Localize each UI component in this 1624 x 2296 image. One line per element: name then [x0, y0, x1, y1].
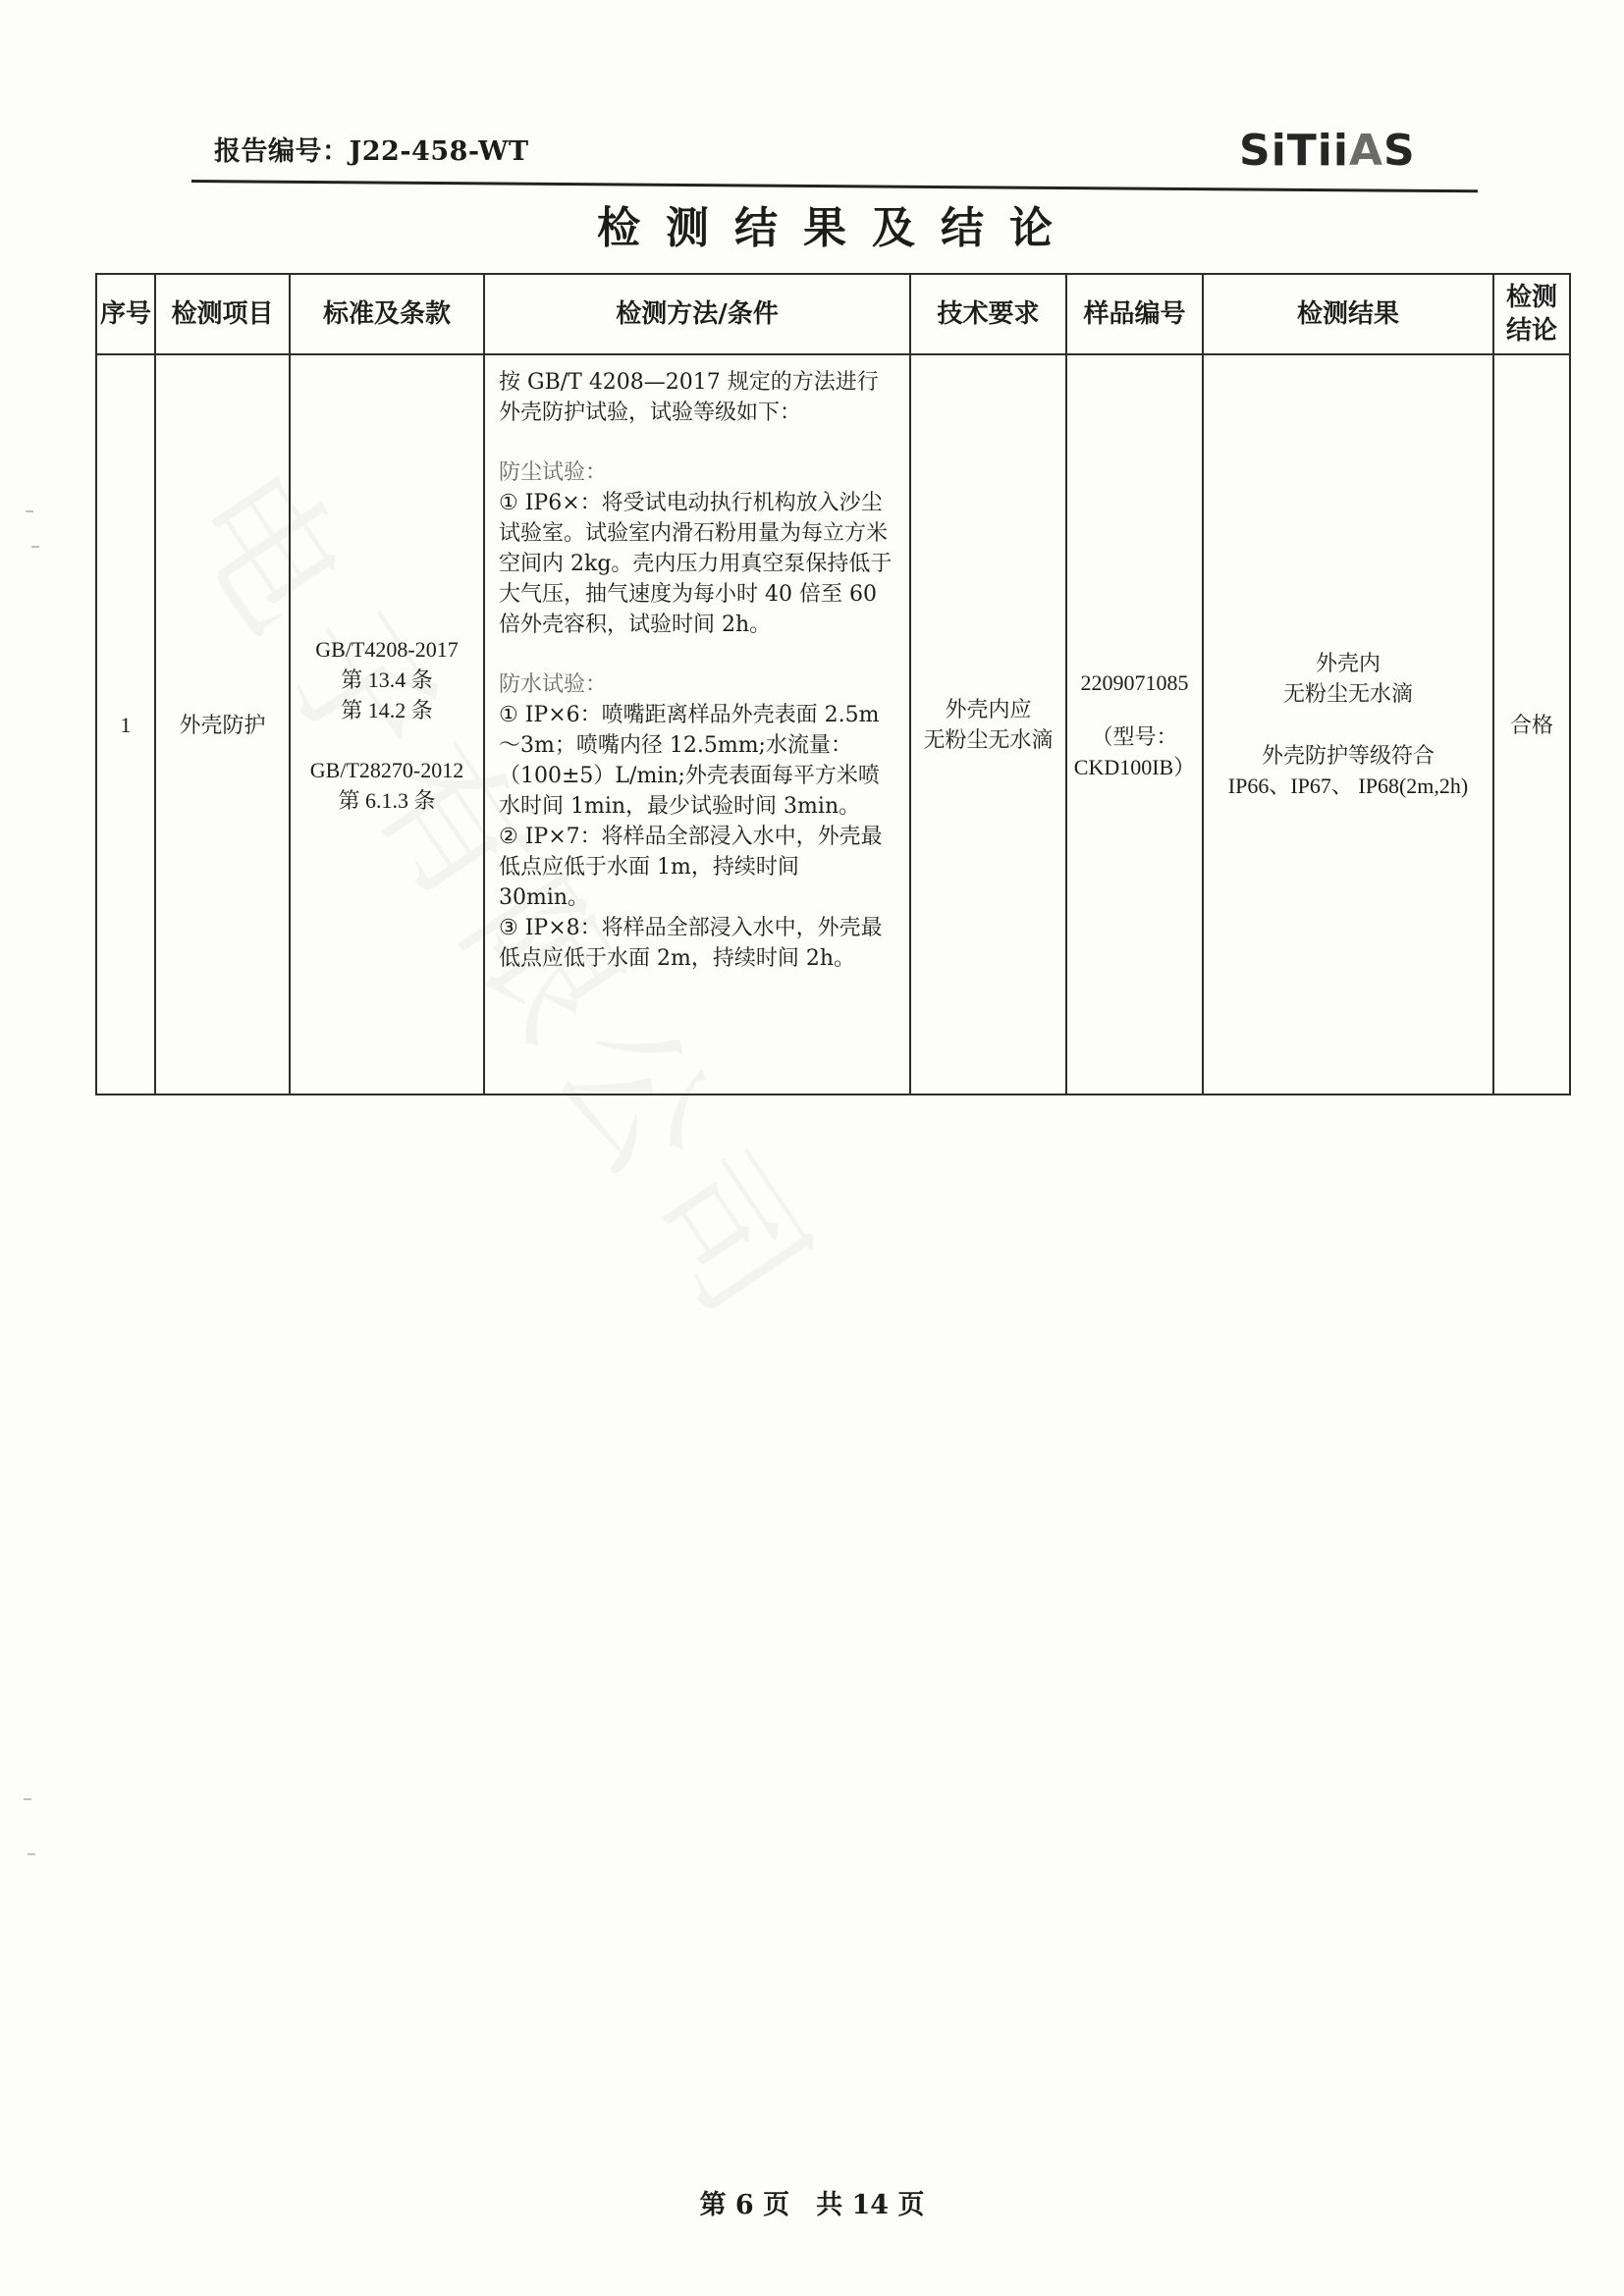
page-number: 6 [735, 2190, 754, 2220]
water-test-item: ③ IP×8：将样品全部浸入水中，外壳最低点应低于水面 2m，持续时间 2h。 [499, 913, 895, 974]
logo-text-tail: S [1383, 126, 1416, 176]
dust-test-item: ① IP6×：将受试电动执行机构放入沙尘试验室。试验室内滑石粉用量为每立方米空间… [499, 488, 895, 640]
standard-code: GB/T4208-2017 [291, 634, 483, 665]
standard-clause: 第 13.4 条 [291, 665, 483, 695]
company-logo: SiTiiAS [1239, 126, 1416, 176]
cell-method: 按 GB/T 4208—2017 规定的方法进行外壳防护试验，试验等级如下： 防… [484, 354, 910, 1095]
logo-text-main: SiTii [1239, 126, 1349, 176]
col-header-conclusion: 检测结论 [1493, 274, 1570, 354]
table-row: 1 外壳防护 GB/T4208-2017 第 13.4 条 第 14.2 条 G… [96, 354, 1570, 1095]
water-test-item: ② IP×7：将样品全部浸入水中，外壳最低点应低于水面 1m，持续时间 30mi… [499, 822, 895, 913]
requirement-line: 无粉尘无水滴 [911, 724, 1065, 755]
col-header-index: 序号 [96, 274, 155, 354]
page-footer: 第 6 页 共 14 页 [0, 2183, 1624, 2221]
cell-result: 外壳内 无粉尘无水滴 外壳防护等级符合 IP66、IP67、 IP68(2m,2… [1203, 354, 1493, 1095]
method-intro: 按 GB/T 4208—2017 规定的方法进行外壳防护试验，试验等级如下： [499, 367, 895, 428]
page-label: 第 [700, 2190, 727, 2220]
col-header-standard: 标准及条款 [290, 274, 484, 354]
header-divider [191, 180, 1478, 192]
page-label: 页 共 [763, 2190, 842, 2220]
report-number: 报告编号：J22-458-WT [214, 130, 529, 168]
col-header-item: 检测项目 [155, 274, 290, 354]
sample-number: 2209071085 [1067, 667, 1202, 698]
results-table: 序号 检测项目 标准及条款 检测方法/条件 技术要求 样品编号 检测结果 检测结… [95, 273, 1571, 1095]
scan-artifact [27, 1853, 35, 1855]
result-line: IP66、IP67、 IP68(2m,2h) [1204, 771, 1492, 801]
col-header-requirement: 技术要求 [910, 274, 1066, 354]
cell-standard: GB/T4208-2017 第 13.4 条 第 14.2 条 GB/T2827… [290, 354, 484, 1095]
cell-requirement: 外壳内应 无粉尘无水滴 [910, 354, 1066, 1095]
scan-artifact [26, 510, 33, 512]
sample-model-label: （型号： [1067, 721, 1202, 752]
result-line: 外壳防护等级符合 [1204, 740, 1492, 771]
water-test-title: 防水试验： [499, 669, 895, 700]
cell-sample: 2209071085 （型号： CKD100IB） [1066, 354, 1203, 1095]
report-number-label: 报告编号： [214, 136, 350, 167]
report-number-value: J22-458-WT [350, 136, 529, 167]
logo-text-accent: A [1349, 126, 1383, 176]
table-header-row: 序号 检测项目 标准及条款 检测方法/条件 技术要求 样品编号 检测结果 检测结… [96, 274, 1570, 354]
page-total: 14 [852, 2190, 890, 2220]
col-header-result: 检测结果 [1203, 274, 1493, 354]
sample-model: CKD100IB） [1067, 752, 1202, 782]
standard-clause: 第 6.1.3 条 [291, 785, 483, 816]
col-header-sample: 样品编号 [1066, 274, 1203, 354]
col-header-method: 检测方法/条件 [484, 274, 910, 354]
result-line: 无粉尘无水滴 [1204, 678, 1492, 709]
standard-code: GB/T28270-2012 [291, 755, 483, 785]
cell-index: 1 [96, 354, 155, 1095]
cell-conclusion: 合格 [1493, 354, 1570, 1095]
water-test-item: ① IP×6：喷嘴距离样品外壳表面 2.5m～3m；喷嘴内径 12.5mm;水流… [499, 700, 895, 822]
cell-item: 外壳防护 [155, 354, 290, 1095]
standard-clause: 第 14.2 条 [291, 695, 483, 725]
result-line: 外壳内 [1204, 648, 1492, 678]
scan-artifact [24, 1798, 31, 1800]
requirement-line: 外壳内应 [911, 694, 1065, 724]
page-title: 检测结果及结论 [0, 192, 1624, 255]
scan-artifact [31, 546, 39, 548]
dust-test-title: 防尘试验： [499, 457, 895, 488]
page-label: 页 [898, 2190, 925, 2220]
